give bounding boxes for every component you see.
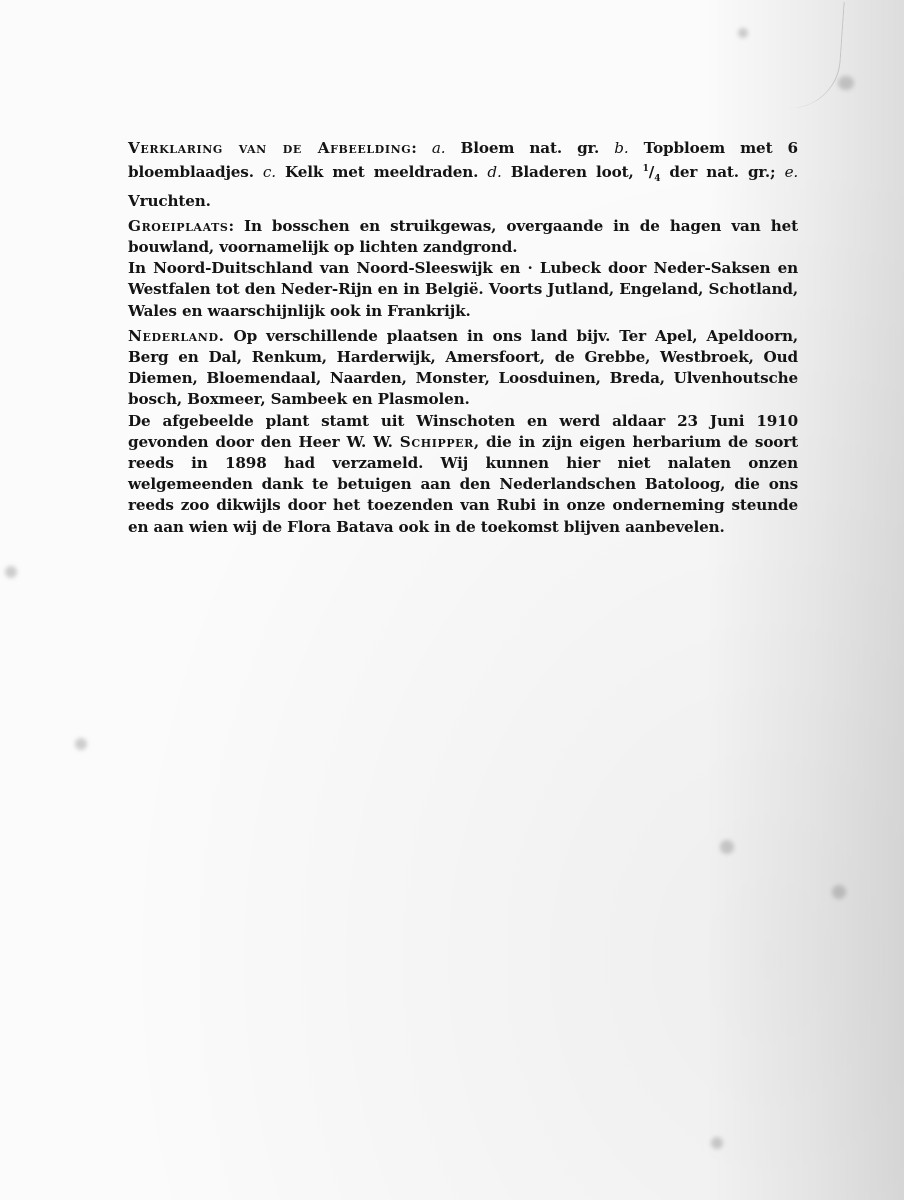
explanation-heading: Verklaring van de Afbeelding <box>128 139 411 157</box>
provenance-paragraph: De afgebeelde plant stamt uit Winschoten… <box>128 411 798 538</box>
stain-spot <box>75 738 87 750</box>
document-body: Verklaring van de Afbeelding: a. Bloem n… <box>128 138 798 538</box>
paper-fold-mark <box>786 0 845 112</box>
netherlands-heading: Nederland. <box>128 327 224 345</box>
stain-spot <box>832 885 846 899</box>
explanation-paragraph: Verklaring van de Afbeelding: a. Bloem n… <box>128 138 798 212</box>
distribution-paragraph: In Noord-Duitschland van Noord-Sleeswijk… <box>128 258 798 322</box>
stain-spot <box>738 28 748 38</box>
stain-spot <box>711 1137 723 1149</box>
netherlands-paragraph: Nederland. Op verschillende plaatsen in … <box>128 326 798 411</box>
fraction: 1/4 <box>643 163 661 181</box>
habitat-paragraph: Groeiplaats: In bosschen en struikgewas,… <box>128 216 798 258</box>
stain-spot <box>5 566 17 578</box>
collector-name: Schipper <box>400 433 474 451</box>
stain-spot <box>838 76 854 90</box>
habitat-heading: Groeiplaats <box>128 217 228 235</box>
stain-spot <box>720 840 734 854</box>
